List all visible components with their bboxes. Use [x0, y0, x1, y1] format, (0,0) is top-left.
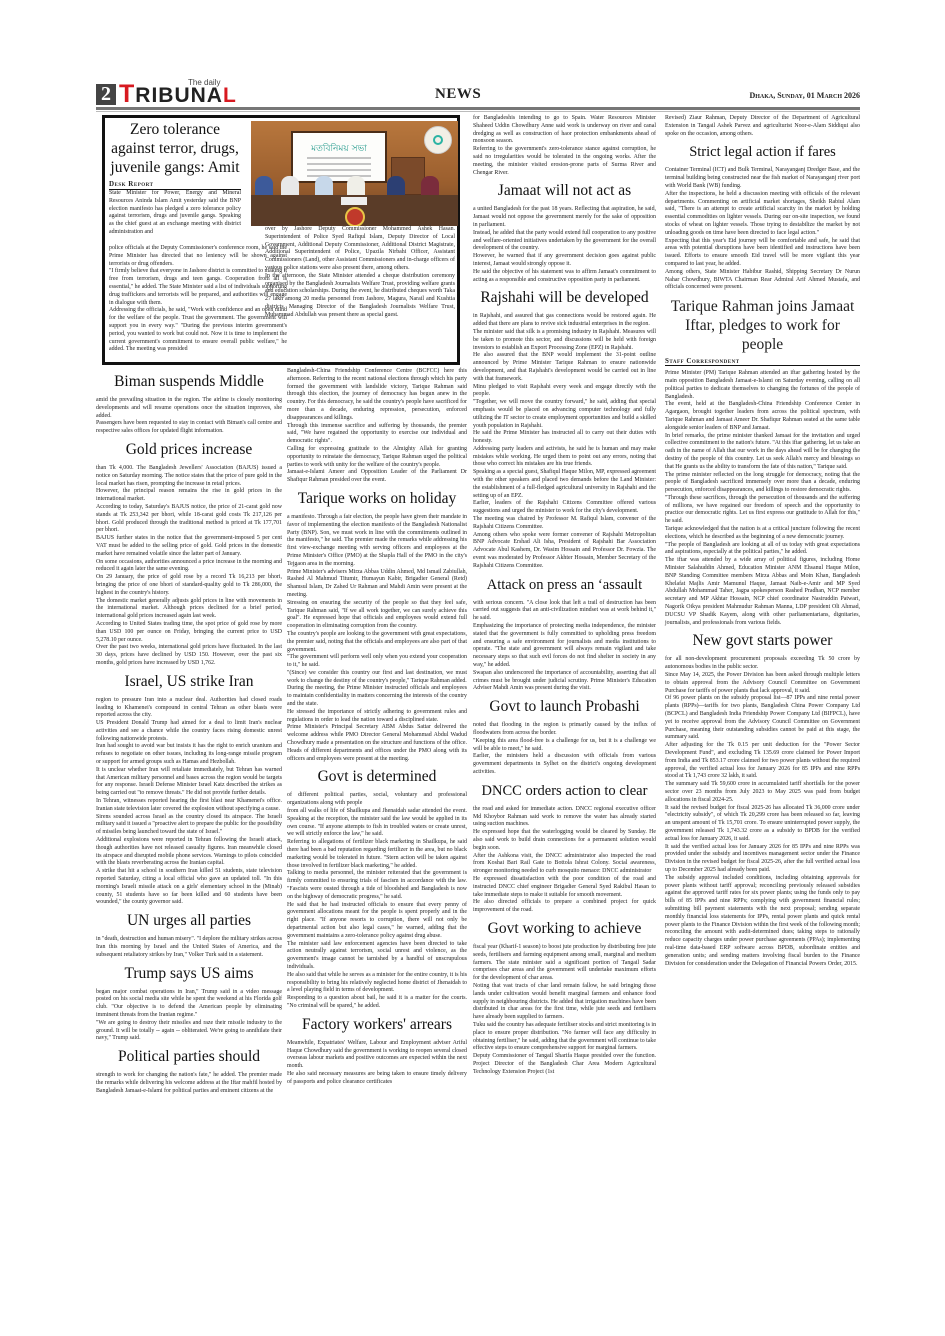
paragraph: for Bangladeshis intending to go to Spai…	[473, 115, 656, 146]
paragraph: According to United States trading time,…	[96, 621, 282, 644]
paragraph: Calling for expressing gratitude to the …	[287, 446, 467, 469]
article-headline[interactable]: Tarique Rahman joins Jamaat Iftar, pledg…	[665, 297, 860, 354]
paragraph: He expressed dissatisfaction with the po…	[473, 876, 656, 899]
paragraph: Since May 14, 2025, the Power Division h…	[665, 672, 860, 695]
paragraph: He said the Prime Minister has instructe…	[473, 430, 656, 446]
paragraph: He also directed officials to prepare a …	[473, 899, 656, 915]
article-headline[interactable]: Govt to launch Probashi	[473, 698, 656, 716]
paragraph: However, he warned that if any governmen…	[473, 253, 656, 269]
name-plate	[341, 197, 367, 205]
paragraph: Bangladesh-China Friendship Conference C…	[287, 368, 467, 423]
article-headline[interactable]: Factory workers' arrears	[287, 1016, 467, 1034]
paragraph: "We are going to destroy their missiles …	[96, 1020, 282, 1043]
article-headline[interactable]: Trump says US aims	[96, 965, 282, 983]
paragraph: Talking to media personnel, the minister…	[287, 870, 467, 901]
paragraph: On some occasions, authorities announced…	[96, 559, 282, 575]
paragraph: Responding to a question about bail, he …	[287, 995, 467, 1011]
paragraph: "Through these sacrifices, through the p…	[665, 495, 860, 526]
paragraph: Passengers have been requested to stay i…	[96, 420, 282, 436]
tribunal-logo: TRIBUNAL	[119, 83, 237, 107]
masthead: 2 The daily TRIBUNAL NEWS Dhaka, Sunday,…	[96, 82, 860, 106]
paragraph: The meeting was chaired by Professor M. …	[473, 516, 656, 532]
article: Bangladesh-China Friendship Conference C…	[287, 368, 467, 485]
logo-emblem-icon	[424, 126, 452, 154]
article: Political parties shouldstrength to work…	[96, 1048, 282, 1095]
paragraph: Prime Minister (PM) Tarique Rahman atten…	[665, 370, 860, 401]
paragraph: Container Terminal (ICT) and Bulk Termin…	[665, 167, 860, 190]
article: Factory workers' arrearsMeanwhile, Expat…	[287, 1016, 467, 1087]
masthead-rule-thin	[96, 111, 860, 112]
paragraph: US President Donald Trump had aimed for …	[96, 720, 282, 743]
paragraph: Instead, he added that the party would e…	[473, 230, 656, 253]
paragraph: The subsidy approval included conditions…	[665, 875, 860, 969]
paragraph: than Tk 4,000. The Bangladesh Jewellers'…	[96, 465, 282, 488]
paragraph: The country's people are looking to the …	[287, 631, 467, 654]
article: Attack on press an ‘assaultwith serious …	[473, 576, 656, 694]
paragraph: Addressing the officials, he said, "Work…	[109, 307, 287, 354]
article: Rajshahi will be developedin Rajshahi, a…	[473, 289, 656, 570]
paragraph: It said the revised budget for fiscal 20…	[665, 805, 860, 844]
lead-intro-text: State Minister for Power, Energy and Min…	[109, 190, 241, 237]
government-seal-icon	[345, 207, 365, 226]
lead-photo: মতবিনিময় সভা	[251, 121, 458, 226]
paragraph: After the inspections, he held a discuss…	[665, 191, 860, 238]
paragraph: amid the prevailing situation in the reg…	[96, 397, 282, 420]
paragraph: "The government will perform well only w…	[287, 654, 467, 670]
article: Strict legal action if faresContainer Te…	[665, 143, 860, 292]
paragraph: Minu pledged to visit Rajshahi every wee…	[473, 384, 656, 400]
paragraph: Over the past two weeks, international g…	[96, 644, 282, 667]
logo-letter-t: T	[119, 80, 135, 108]
paragraph: He stressed the importance of strictly a…	[287, 709, 467, 725]
paragraph: During the meeting, the Prime Minister i…	[287, 685, 467, 708]
paragraph: Of 96 power plants on the subsidy propos…	[665, 695, 860, 742]
article: Trump says US aimsbegan major combat ope…	[96, 965, 282, 1044]
page-number: 2	[96, 84, 116, 105]
paragraph: "I firmly believe that everyone in Jasho…	[109, 268, 287, 307]
paragraph: He also assured that the BNP would imple…	[473, 352, 656, 383]
article-headline[interactable]: Strict legal action if fares	[665, 143, 860, 161]
article-headline[interactable]: Political parties should	[96, 1048, 282, 1066]
paragraph: In Tehran, witnesses reported hearing th…	[96, 798, 282, 814]
paragraph: Stressing on ensuring the security of th…	[287, 600, 467, 631]
paragraph: "Together, we will move the country forw…	[473, 399, 656, 430]
article-headline[interactable]: Rajshahi will be developed	[473, 289, 656, 307]
paragraph: In brief remarks, the prime minister tha…	[665, 433, 860, 472]
paragraph: over by Jashore Deputy Commissioner Moha…	[265, 226, 455, 273]
paragraph: BAJUS further states in the notice that …	[96, 535, 282, 558]
article: for Bangladeshis intending to go to Spai…	[473, 115, 656, 177]
paragraph: It said the verified actual loss for Jan…	[665, 844, 860, 875]
paragraph: in "death, destruction and human misery"…	[96, 936, 282, 959]
paragraph: Referring to allegations of fertilizer b…	[287, 839, 467, 870]
column-3: for Bangladeshis intending to go to Spai…	[473, 115, 656, 1076]
paragraph: a united Bangladesh for the past 18 year…	[473, 206, 656, 229]
paragraph: Speaking as a special guest, Shafiqul Ha…	[473, 469, 656, 500]
paragraph: in Rajshahi, and assured that gas connec…	[473, 313, 656, 329]
paragraph: the road and asked for immediate action.…	[473, 806, 656, 829]
paragraph: police officials at the Deputy Commissio…	[109, 245, 287, 268]
paragraph: Earlier, the ministers held a discussion…	[473, 753, 656, 776]
article: Israel, US strike Iranregion to pressure…	[96, 673, 282, 908]
paragraph: On 29 January, the price of gold rose by…	[96, 574, 282, 597]
lead-body-right: over by Jashore Deputy Commissioner Moha…	[265, 226, 455, 320]
paragraph: for all non-development procurement prop…	[665, 656, 860, 672]
paragraph: Among others, State Minister Habibur Ras…	[665, 269, 860, 292]
article: UN urges all partiesin "death, destructi…	[96, 912, 282, 959]
section-title: NEWS	[435, 86, 481, 103]
paragraph: Expecting that this year's Eid journey w…	[665, 238, 860, 269]
article: Govt to launch Probashinoted that floodi…	[473, 698, 656, 777]
paragraph: The minister said that silk is a promisi…	[473, 329, 656, 352]
article-headline[interactable]: Govt working to achieve	[473, 920, 656, 938]
article: Tarique works on holidaya manifesto. Thr…	[287, 490, 467, 764]
meeting-banner: মতবিনিময় সভা	[291, 131, 387, 183]
paragraph: Addressing party leaders and activists, …	[473, 446, 656, 469]
paragraph: He also said that while he serves as a m…	[287, 972, 467, 995]
banner-text: মতবিনিময় সভা	[293, 141, 385, 156]
column-2: Bangladesh-China Friendship Conference C…	[287, 368, 467, 1087]
paragraph: After the Ashkona visit, the DNCC admini…	[473, 853, 656, 876]
paragraph: Referring to the government's zero-toler…	[473, 146, 656, 177]
paragraph: In the afternoon, the State Minister att…	[265, 273, 455, 320]
column-1: Biman suspends Middleamid the prevailing…	[96, 368, 282, 1096]
paragraph: According to today, Saturday's BAJUS not…	[96, 504, 282, 535]
paragraph: Tuku said the country has adequate ferti…	[473, 1022, 656, 1053]
paragraph: Emphasizing the importance of protecting…	[473, 623, 656, 670]
paragraph: strength to work for changing the nation…	[96, 1072, 282, 1095]
paragraph: "(Since) we consider this country our fi…	[287, 670, 467, 686]
article-headline[interactable]: Govt is determined	[287, 768, 467, 786]
article-headline[interactable]: Biman suspends Middle	[96, 373, 282, 391]
paragraph: "Keeping this area flood-free is a chall…	[473, 738, 656, 754]
paragraph: Additional explosions were reported in T…	[96, 837, 282, 868]
paragraph: with serious concern. "A close look that…	[473, 600, 656, 623]
paragraph: noted that flooding in the region is pri…	[473, 722, 656, 738]
paragraph: The iftar was attended by a wide array o…	[665, 557, 860, 627]
paragraph: began major combat operations in Iran," …	[96, 989, 282, 1020]
article: Jamaat will not act asa united Banglades…	[473, 182, 656, 284]
paragraph: Prime Minister's advisers Mirza Abbas Ud…	[287, 569, 467, 600]
paragraph: However, the principal reason remains th…	[96, 488, 282, 504]
paragraph: The prime minister reflected on the long…	[665, 472, 860, 495]
paragraph: Prime Minister's Principal Secretary ABM…	[287, 724, 467, 763]
paragraph: "The people of Bangladesh are looking at…	[665, 542, 860, 558]
paragraph: He expressed hope that the waterlogging …	[473, 829, 656, 852]
paragraph: The summary said Tk 59,600 crore in accu…	[665, 781, 860, 804]
lead-headline: Zero tolerance against terror, drugs, ju…	[109, 120, 241, 177]
article-headline[interactable]: Israel, US strike Iran	[96, 673, 282, 691]
dateline: Dhaka, Sunday, 01 March 2026	[749, 91, 860, 100]
article-headline[interactable]: Gold prices increase	[96, 441, 282, 459]
article: Revised) Ziaur Rahman, Deputy Director o…	[665, 115, 860, 138]
article: New govt starts powerfor all non-develop…	[665, 632, 860, 968]
logo-middle: RIBUNA	[135, 84, 223, 107]
article-byline: Staff Correspondent	[665, 357, 860, 366]
article-headline[interactable]: New govt starts power	[665, 632, 860, 650]
newspaper-page: 2 The daily TRIBUNAL NEWS Dhaka, Sunday,…	[96, 82, 860, 106]
article-headline[interactable]: Attack on press an ‘assault	[473, 576, 656, 594]
paragraph: from all walks of life of Shailkupa and …	[287, 808, 467, 839]
article-headline[interactable]: Tarique works on holiday	[287, 490, 467, 508]
paragraph: of different political parties, social, …	[287, 792, 467, 808]
paragraph: It is unclear whether Iran will retaliat…	[96, 767, 282, 798]
masthead-rule	[96, 107, 860, 110]
logo-letter-l: L	[223, 84, 237, 107]
paragraph: The event, held at the Bangladesh-China …	[665, 401, 860, 432]
paragraph: Swapan also underscored the importance o…	[473, 670, 656, 693]
paragraph: region to pressure Iran into a nuclear d…	[96, 697, 282, 720]
paragraph: Meanwhile, Expatriates' Welfare, Labour …	[287, 1040, 467, 1071]
article: Govt working to achievefiscal year (Khar…	[473, 920, 656, 1077]
paragraph: Jamaat-e-Islami Ameer and Opposition Lea…	[287, 469, 467, 485]
paragraph: Earlier, leaders of the Rajshahi Citizen…	[473, 500, 656, 516]
paragraph: Noting that vast tracts of char land rem…	[473, 983, 656, 1022]
lead-story-box: Zero tolerance against terror, drugs, ju…	[102, 115, 460, 365]
paragraph: Among others who spoke were former conve…	[473, 532, 656, 571]
paragraph: a manifesto. Through a fair election, th…	[287, 514, 467, 569]
article: Tarique Rahman joins Jamaat Iftar, pledg…	[665, 297, 860, 627]
paragraph: fiscal year (Kharif-1 season) to boost j…	[473, 944, 656, 983]
paragraph: After adjusting for the Tk 0.15 per unit…	[665, 742, 860, 781]
article-headline[interactable]: DNCC orders action to clear	[473, 782, 656, 800]
article: Biman suspends Middleamid the prevailing…	[96, 373, 282, 436]
paragraph: The domestic market generally adjusts go…	[96, 598, 282, 621]
lead-byline: Desk Report	[109, 180, 241, 190]
paragraph: Sirens sounded across Israel as the coun…	[96, 814, 282, 837]
paragraph: Iran had sought to avoid war but insists…	[96, 743, 282, 766]
paragraph: A strike that hit a school in southern I…	[96, 868, 282, 907]
article: Gold prices increasethan Tk 4,000. The B…	[96, 441, 282, 668]
lead-body-left: police officials at the Deputy Commissio…	[109, 245, 287, 354]
paragraph: The minister said law enforcement agenci…	[287, 941, 467, 972]
paragraph: He said the objective of his statement w…	[473, 269, 656, 285]
article-headline[interactable]: UN urges all parties	[96, 912, 282, 930]
article-headline[interactable]: Jamaat will not act as	[473, 182, 656, 200]
article: DNCC orders action to clearthe road and …	[473, 782, 656, 915]
lead-intro: State Minister for Power, Energy and Min…	[109, 190, 241, 237]
column-4: Revised) Ziaur Rahman, Deputy Director o…	[665, 115, 860, 968]
article: Govt is determinedof different political…	[287, 768, 467, 1010]
paragraph: Revised) Ziaur Rahman, Deputy Director o…	[665, 115, 860, 138]
paragraph: He said that he had instructed officials…	[287, 902, 467, 941]
paragraph: Deputy Commissioner of Tangail Sharifa H…	[473, 1053, 656, 1076]
paragraph: He also said necessary measures are bein…	[287, 1071, 467, 1087]
paragraph: Through this immense sacrifice and suffe…	[287, 423, 467, 446]
paragraph: Tarique acknowledged that the nation is …	[665, 526, 860, 542]
